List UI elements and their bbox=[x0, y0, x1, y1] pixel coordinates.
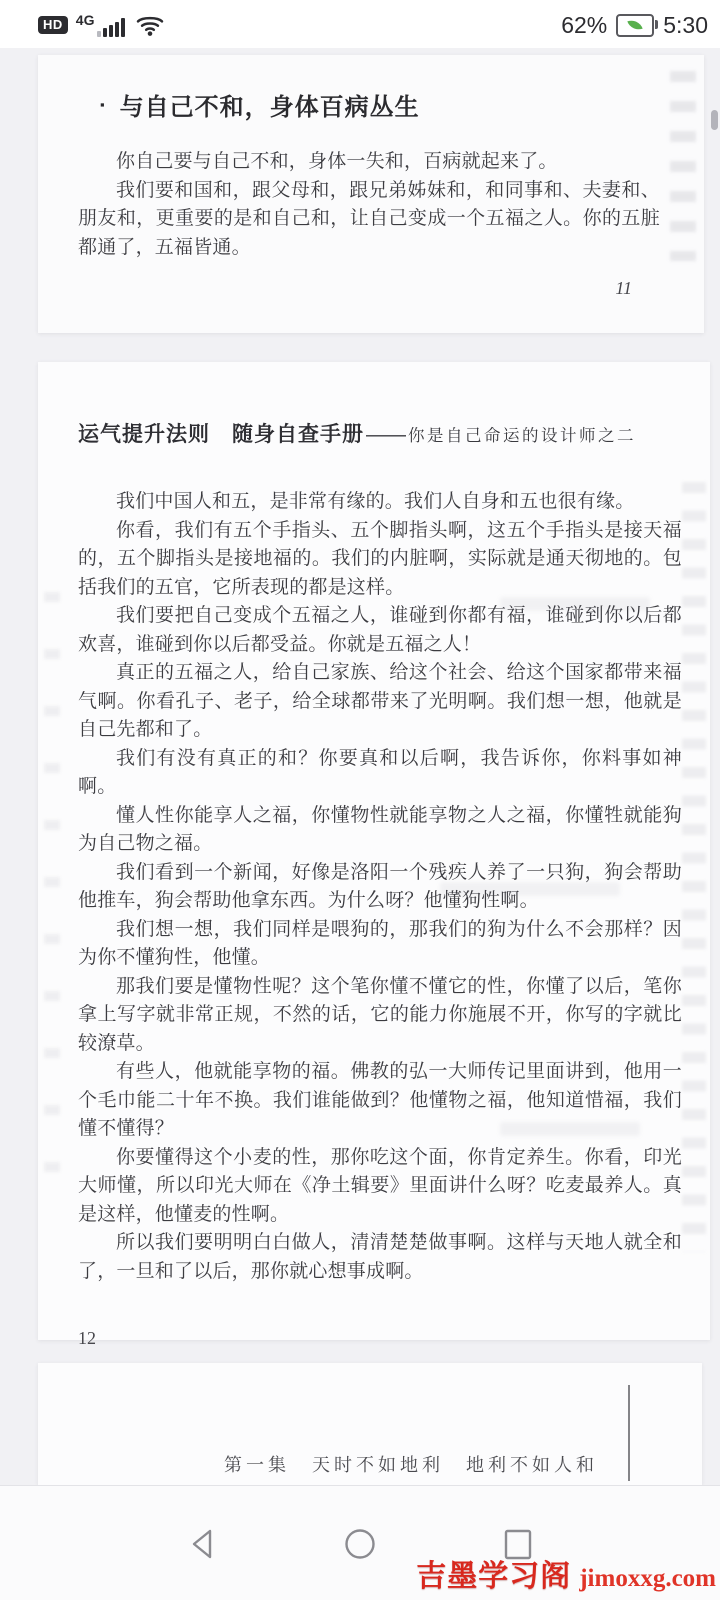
scanned-page-13-partial: 第一集 天时不如地利 地利不如人和 bbox=[38, 1363, 702, 1485]
watermark-site-url: jimoxxg.com bbox=[579, 1565, 716, 1593]
paragraph: 有些人，他就能享物的福。佛教的弘一大师传记里面讲到，他用一个毛巾能二十年不换。我… bbox=[78, 1058, 682, 1144]
book-title: 运气提升法则 随身自查手册 bbox=[78, 418, 364, 448]
page-margin-rule bbox=[628, 1385, 630, 1481]
header-dash: —— bbox=[366, 424, 406, 447]
clock: 5:30 bbox=[663, 12, 708, 39]
scanned-page-12: 运气提升法则 随身自查手册 —— 你是自己命运的设计师之二 我们中国人和五，是非… bbox=[38, 362, 710, 1340]
paragraph: 你自己要与自己不和，身体一失和，百病就起来了。 bbox=[78, 148, 660, 177]
section-heading-text: 与自己不和，身体百病丛生 bbox=[120, 87, 420, 122]
power-saving-leaf-icon bbox=[628, 17, 643, 32]
network-type-label: 4G bbox=[76, 13, 95, 27]
paragraph: 真正的五福之人，给自己家族、给这个社会、给这个国家都带来福气啊。你看孔子、老子，… bbox=[78, 659, 682, 745]
paragraph: 那我们要是懂物性呢？这个笔你懂不懂它的性，你懂了以后，笔你拿上写字就非常正规，不… bbox=[78, 973, 682, 1059]
running-header: 运气提升法则 随身自查手册 —— 你是自己命运的设计师之二 bbox=[78, 418, 682, 448]
home-circle-icon bbox=[342, 1526, 378, 1562]
square-bullet-icon: ▪ bbox=[100, 98, 106, 111]
back-button[interactable] bbox=[179, 1521, 225, 1567]
scrollbar-thumb[interactable] bbox=[711, 110, 718, 130]
paragraph: 懂人性你能享人之福，你懂物性就能享物之人之福，你懂牲就能狗为自己物之福。 bbox=[78, 802, 682, 859]
paragraph: 我们看到一个新闻，好像是洛阳一个残疾人养了一只狗，狗会帮助他推车，狗会帮助他拿东… bbox=[78, 859, 682, 916]
paragraph: 我们有没有真正的和？你要真和以后啊，我告诉你，你料事如神啊。 bbox=[78, 745, 682, 802]
page-number: 11 bbox=[78, 278, 660, 299]
scan-bleed-artifact bbox=[682, 482, 706, 1252]
back-triangle-icon bbox=[186, 1526, 218, 1562]
battery-icon bbox=[616, 14, 654, 37]
chapter-footer: 第一集 天时不如地利 地利不如人和 bbox=[224, 1451, 598, 1477]
paragraph: 我们中国人和五，是非常有缘的。我们人自身和五也很有缘。 bbox=[78, 488, 682, 517]
paragraph: 我们想一想，我们同样是喂狗的，那我们的狗为什么不会那样？因为你不懂狗性，他懂。 bbox=[78, 916, 682, 973]
home-button[interactable] bbox=[337, 1521, 383, 1567]
watermark: 吉墨学习阁 jimoxxg.com bbox=[416, 1551, 716, 1595]
paragraph: 我们要把自己变成个五福之人，谁碰到你都有福，谁碰到你以后都欢喜，谁碰到你以后都受… bbox=[78, 602, 682, 659]
paragraph: 所以我们要明明白白做人，清清楚楚做事啊。这样与天地人就全和了，一旦和了以后，那你… bbox=[78, 1229, 682, 1286]
status-bar-right: 62% 5:30 bbox=[561, 12, 708, 39]
scan-bleed-artifact bbox=[670, 71, 696, 261]
phone-screen: HD 4G 62% 5:30 ▪ 与自己不和，身体百病丛生 你自己要与自己不和，… bbox=[0, 0, 720, 1600]
paragraph: 你要懂得这个小麦的性，那你吃这个面，你肯定养生。你看，印光大师懂，所以印光大师在… bbox=[78, 1144, 682, 1230]
scanned-page-11: ▪ 与自己不和，身体百病丛生 你自己要与自己不和，身体一失和，百病就起来了。 我… bbox=[38, 55, 704, 333]
paragraph: 我们要和国和，跟父母和，跟兄弟姊妹和，和同事和、夫妻和、朋友和，更重要的是和自己… bbox=[78, 177, 660, 263]
hd-volte-icon: HD bbox=[38, 16, 68, 34]
cellular-signal: 4G bbox=[76, 13, 126, 37]
watermark-site-name: 吉墨学习阁 bbox=[416, 1551, 571, 1595]
book-subtitle: 你是自己命运的设计师之二 bbox=[408, 422, 636, 446]
wifi-icon bbox=[135, 13, 165, 37]
page-number: 12 bbox=[78, 1328, 682, 1349]
paragraph: 你看，我们有五个手指头、五个脚指头啊，这五个手指头是接天福的，五个脚指头是接地福… bbox=[78, 517, 682, 603]
status-bar-left: HD 4G bbox=[38, 13, 165, 38]
scan-bleed-artifact bbox=[44, 592, 60, 1212]
status-bar: HD 4G 62% 5:30 bbox=[0, 0, 720, 48]
battery-percent: 62% bbox=[561, 12, 607, 39]
signal-bars-icon bbox=[97, 17, 125, 37]
section-heading: ▪ 与自己不和，身体百病丛生 bbox=[100, 87, 660, 122]
